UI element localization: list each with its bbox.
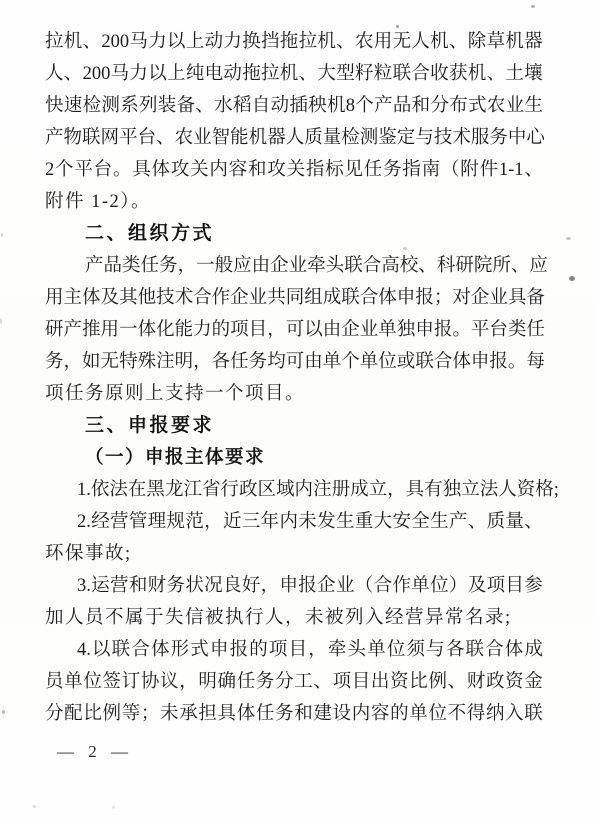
text-line: 分配比例等；未承担具体任务和建设内容的单位不得纳入联	[45, 698, 543, 730]
text-line: 产品类任务，一般应由企业牵头联合高校、科研院所、应	[45, 250, 543, 282]
text-line: 人、200马力以上纯电动拖拉机、大型籽粒联合收获机、土壤	[45, 58, 543, 90]
text-line: 3.运营和财务状况良好，申报企业（合作单位）及项目参	[45, 570, 543, 602]
scan-noise-speck	[112, 806, 115, 809]
text-line: 用主体及其他技术合作企业共同组成联合体申报；对企业具备	[45, 282, 543, 314]
text-line: 项任务原则上支持一个项目。	[45, 378, 543, 410]
scanned-document-page: 拉机、200马力以上动力换挡拖拉机、农用无人机、除草机器人、200马力以上纯电动…	[0, 0, 596, 821]
scan-noise-speck	[566, 237, 571, 240]
text-line: 1.依法在黑龙江省行政区域内注册成立，具有独立法人资格;	[45, 474, 543, 506]
text-line: 加人员不属于失信被执行人，未被列入经营异常名录;	[45, 602, 543, 634]
subsection-heading: （一）申报主体要求	[45, 442, 543, 474]
section-heading: 三、申报要求	[45, 410, 543, 442]
scan-noise-speck	[1, 233, 3, 237]
page-number: — 2 —	[57, 736, 543, 768]
document-text-block: 拉机、200马力以上动力换挡拖拉机、农用无人机、除草机器人、200马力以上纯电动…	[45, 26, 543, 768]
section-heading: 二、组织方式	[45, 218, 543, 250]
scan-noise-speck	[2, 710, 5, 714]
text-line: 研产推用一体化能力的项目，可以由企业单独申报。平台类任	[45, 314, 543, 346]
scan-noise-speck	[33, 805, 36, 808]
text-line: 2.经营管理规范，近三年内未发生重大安全生产、质量、	[45, 506, 543, 538]
scan-noise-speck	[396, 25, 399, 28]
scan-noise-speck	[569, 276, 575, 281]
scan-noise-speck	[0, 318, 2, 324]
text-line: 环保事故;	[45, 538, 543, 570]
text-line: 拉机、200马力以上动力换挡拖拉机、农用无人机、除草机器	[45, 26, 543, 58]
text-line: 快速检测系列装备、水稻自动插秧机8个产品和分布式农业生	[45, 90, 543, 122]
document-lines: 拉机、200马力以上动力换挡拖拉机、农用无人机、除草机器人、200马力以上纯电动…	[45, 26, 543, 730]
text-line: 4.以联合体形式申报的项目，牵头单位须与各联合体成	[45, 634, 543, 666]
text-line: 附件 1-2）。	[45, 186, 543, 218]
text-line: 务，如无特殊注明，各任务均可由单个单位或联合体申报。每	[45, 346, 543, 378]
scan-noise-speck	[403, 247, 407, 250]
text-line: 产物联网平台、农业智能机器人质量检测鉴定与技术服务中心	[45, 122, 543, 154]
scan-noise-speck	[531, 5, 535, 8]
text-line: 员单位签订协议，明确任务分工、项目出资比例、财政资金	[45, 666, 543, 698]
text-line: 2个平台。具体攻关内容和攻关指标见任务指南（附件1-1、	[45, 154, 543, 186]
